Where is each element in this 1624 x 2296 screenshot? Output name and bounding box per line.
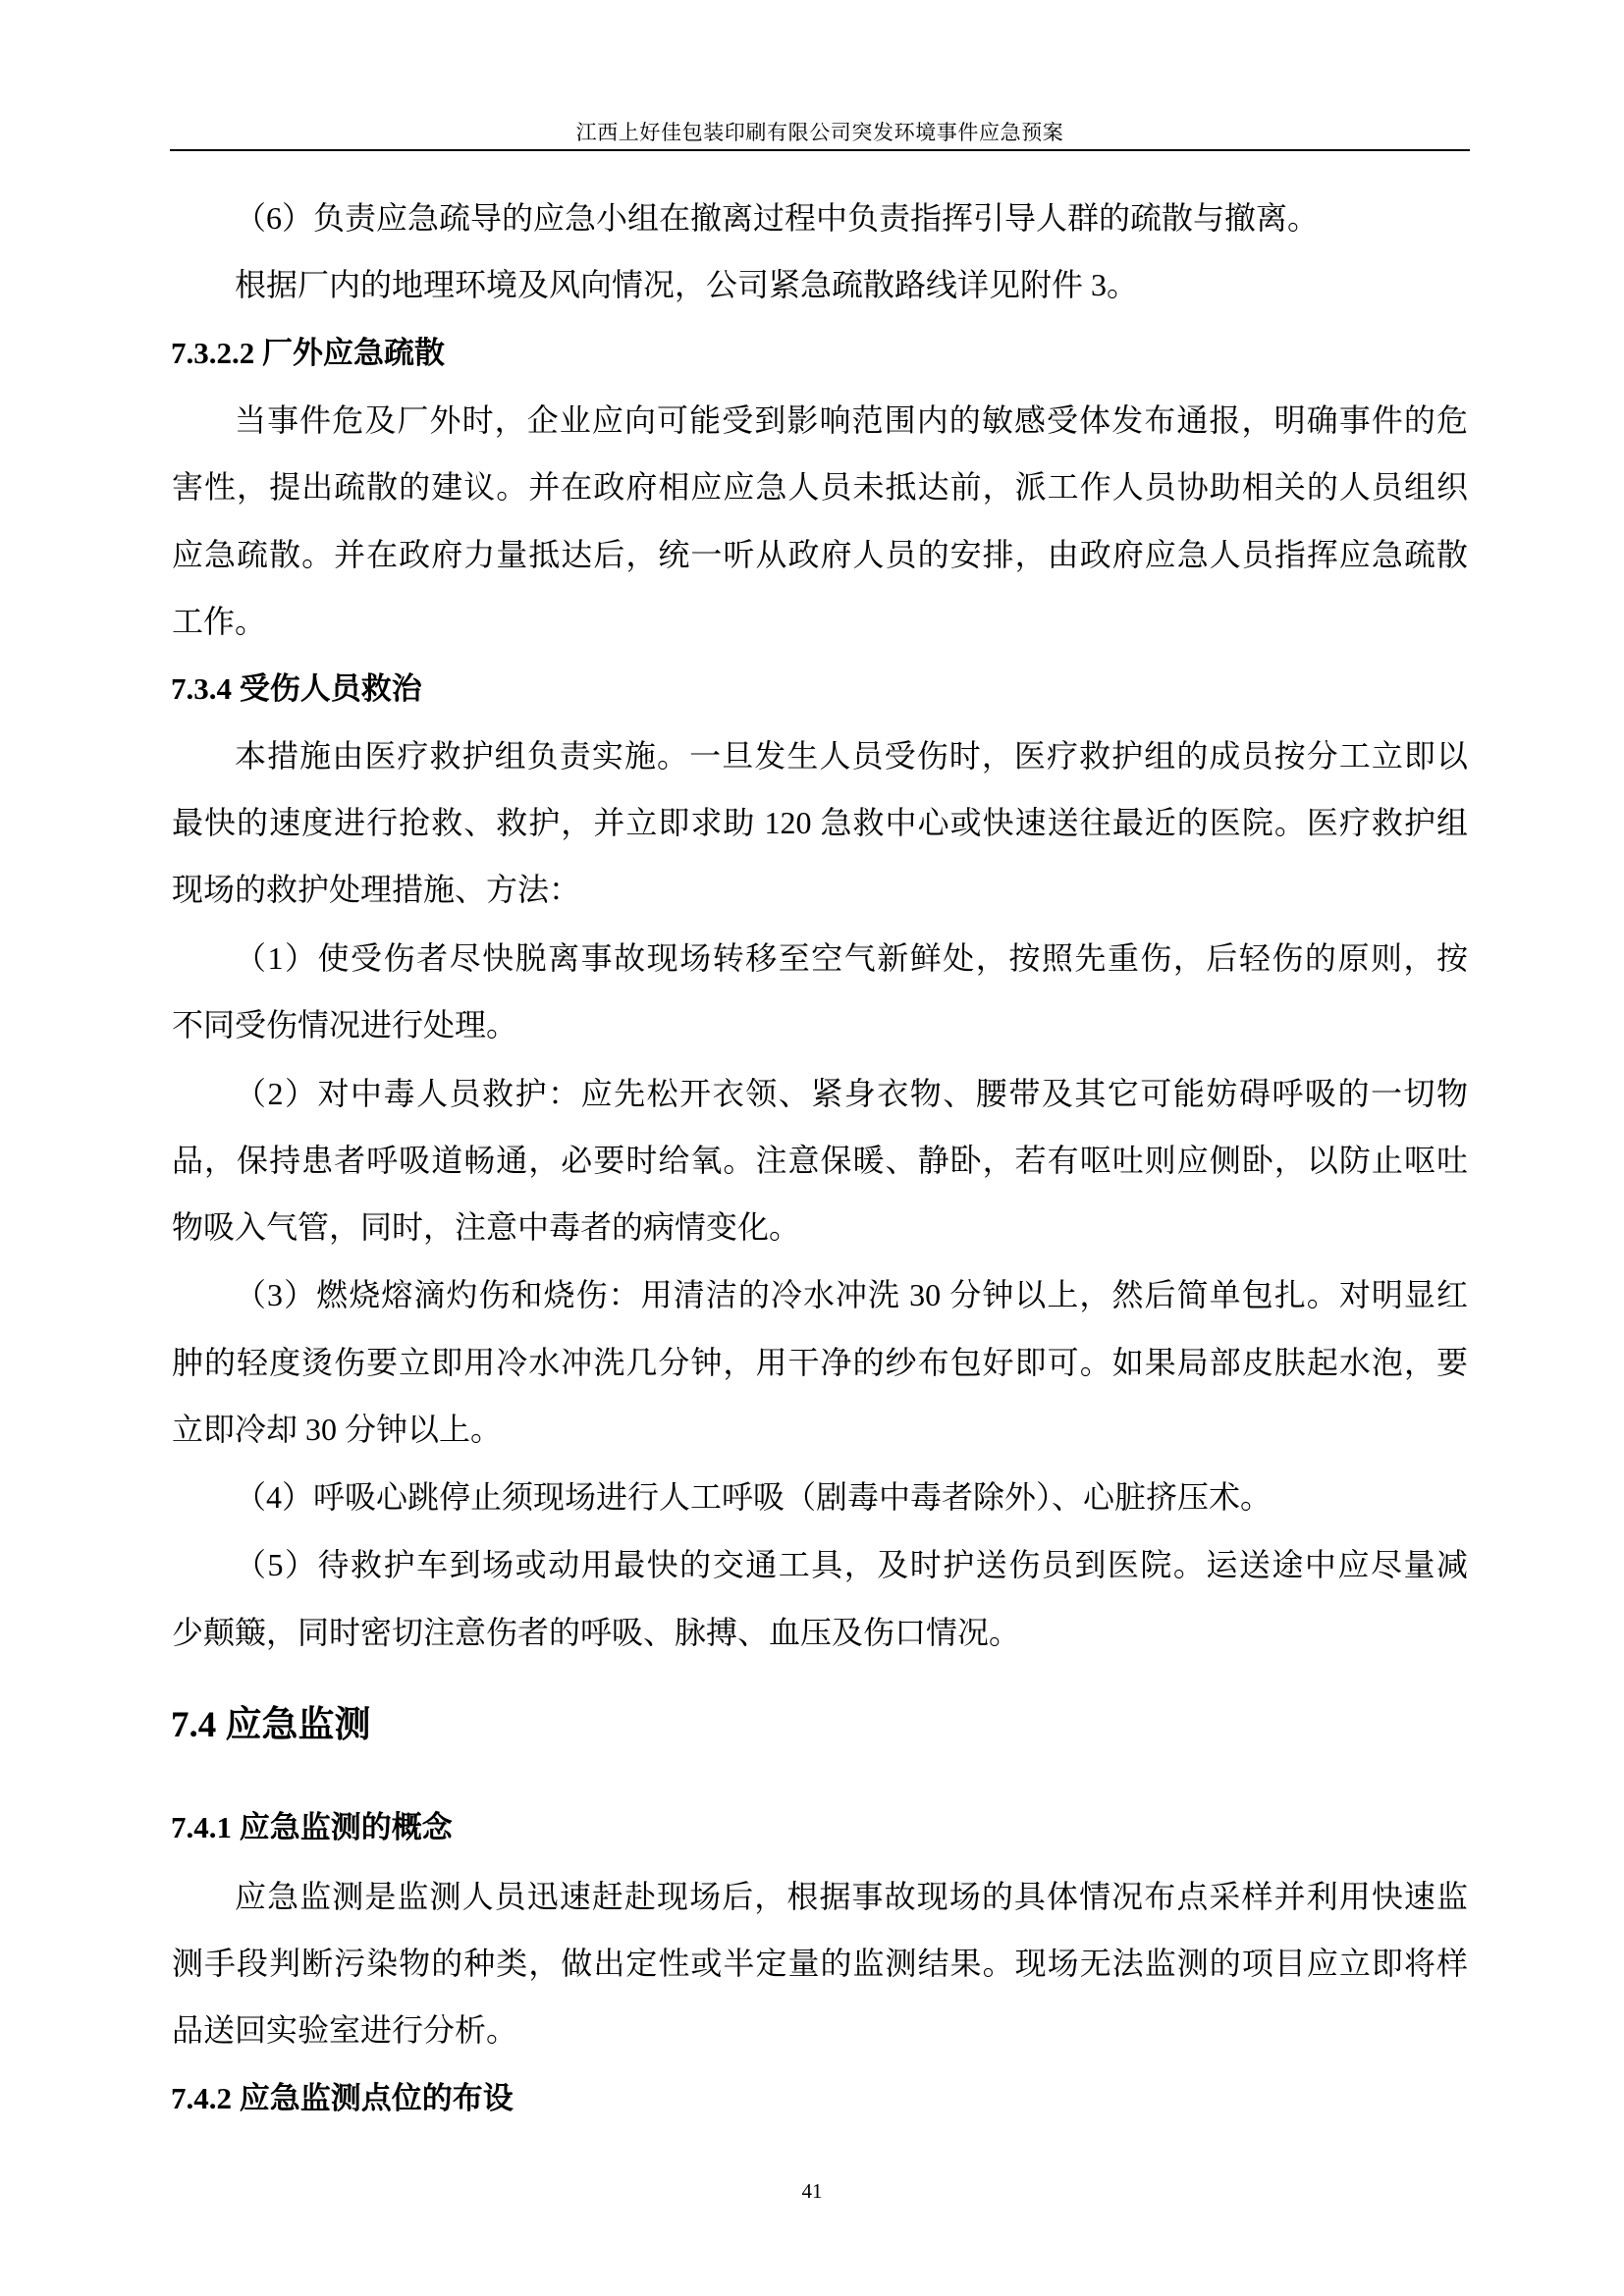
list-item-2-cont: 品，保持患者呼吸道畅通，必要时给氧。注意保暖、静卧，若有呕吐则应侧卧，以防止呕吐 — [172, 1139, 1468, 1182]
paragraph-line: 应急疏散。并在政府力量抵达后，统一听从政府人员的安排，由政府应急人员指挥应急疏散 — [172, 533, 1468, 576]
paragraph-evacuation-route: 根据厂内的地理环境及风向情况，公司紧急疏散路线详见附件 3。 — [172, 263, 1468, 306]
paragraph-line: 品送回实验室进行分析。 — [172, 2008, 1468, 2052]
paragraph-line: 工作。 — [172, 600, 1468, 643]
list-item-2-cont: 物吸入气管，同时，注意中毒者的病情变化。 — [172, 1205, 1468, 1249]
list-item-3-cont: 肿的轻度烫伤要立即用冷水冲洗几分钟，用干净的纱布包好即可。如果局部皮肤起水泡，要 — [172, 1341, 1468, 1384]
list-item-1-cont: 不同受伤情况进行处理。 — [172, 1003, 1468, 1046]
list-item-5: （5）待救护车到场或动用最快的交通工具，及时护送伤员到医院。运送途中应尽量减 — [172, 1543, 1468, 1586]
list-item-6: （6）负责应急疏导的应急小组在撤离过程中负责指挥引导人群的疏散与撤离。 — [172, 196, 1468, 240]
paragraph-line: 本措施由医疗救护组负责实施。一旦发生人员受伤时，医疗救护组的成员按分工立即以 — [172, 734, 1468, 777]
running-header: 江西上好佳包装印刷有限公司突发环境事件应急预案 — [170, 119, 1470, 146]
document-page: 江西上好佳包装印刷有限公司突发环境事件应急预案 （6）负责应急疏导的应急小组在撤… — [0, 0, 1624, 2296]
list-item-4: （4）呼吸心跳停止须现场进行人工呼吸（剧毒中毒者除外）、心脏挤压术。 — [172, 1475, 1468, 1519]
heading-7-4-2: 7.4.2 应急监测点位的布设 — [171, 2077, 514, 2120]
heading-7-3-2-2: 7.3.2.2 厂外应急疏散 — [171, 332, 445, 375]
paragraph-line: 应急监测是监测人员迅速赶赴现场后，根据事故现场的具体情况布点采样并利用快速监 — [172, 1875, 1468, 1918]
list-item-3: （3）燃烧熔滴灼伤和烧伤：用清洁的冷水冲洗 30 分钟以上，然后简单包扎。对明显… — [172, 1273, 1468, 1316]
paragraph-line: 最快的速度进行抢救、救护，并立即求助 120 急救中心或快速送往最近的医院。医疗… — [172, 801, 1468, 844]
paragraph-line: 现场的救护处理措施、方法： — [172, 868, 1468, 911]
paragraph-line: 当事件危及厂外时，企业应向可能受到影响范围内的敏感受体发布通报，明确事件的危 — [172, 399, 1468, 442]
heading-7-4: 7.4 应急监测 — [171, 1701, 371, 1750]
heading-7-3-4: 7.3.4 受伤人员救治 — [171, 667, 422, 711]
list-item-2: （2）对中毒人员救护：应先松开衣领、紧身衣物、腰带及其它可能妨碍呼吸的一切物 — [172, 1072, 1468, 1115]
list-item-1: （1）使受伤者尽快脱离事故现场转移至空气新鲜处，按照先重伤，后轻伤的原则，按 — [172, 936, 1468, 980]
list-item-5-cont: 少颠簸，同时密切注意伤者的呼吸、脉搏、血压及伤口情况。 — [172, 1611, 1468, 1654]
heading-7-4-1: 7.4.1 应急监测的概念 — [171, 1806, 453, 1849]
header-divider — [170, 149, 1470, 151]
paragraph-line: 测手段判断污染物的种类，做出定性或半定量的监测结果。现场无法监测的项目应立即将样 — [172, 1942, 1468, 1985]
list-item-3-cont: 立即冷却 30 分钟以上。 — [172, 1408, 1468, 1451]
paragraph-line: 害性，提出疏散的建议。并在政府相应应急人员未抵达前，派工作人员协助相关的人员组织 — [172, 465, 1468, 508]
page-number: 41 — [763, 2177, 861, 2205]
